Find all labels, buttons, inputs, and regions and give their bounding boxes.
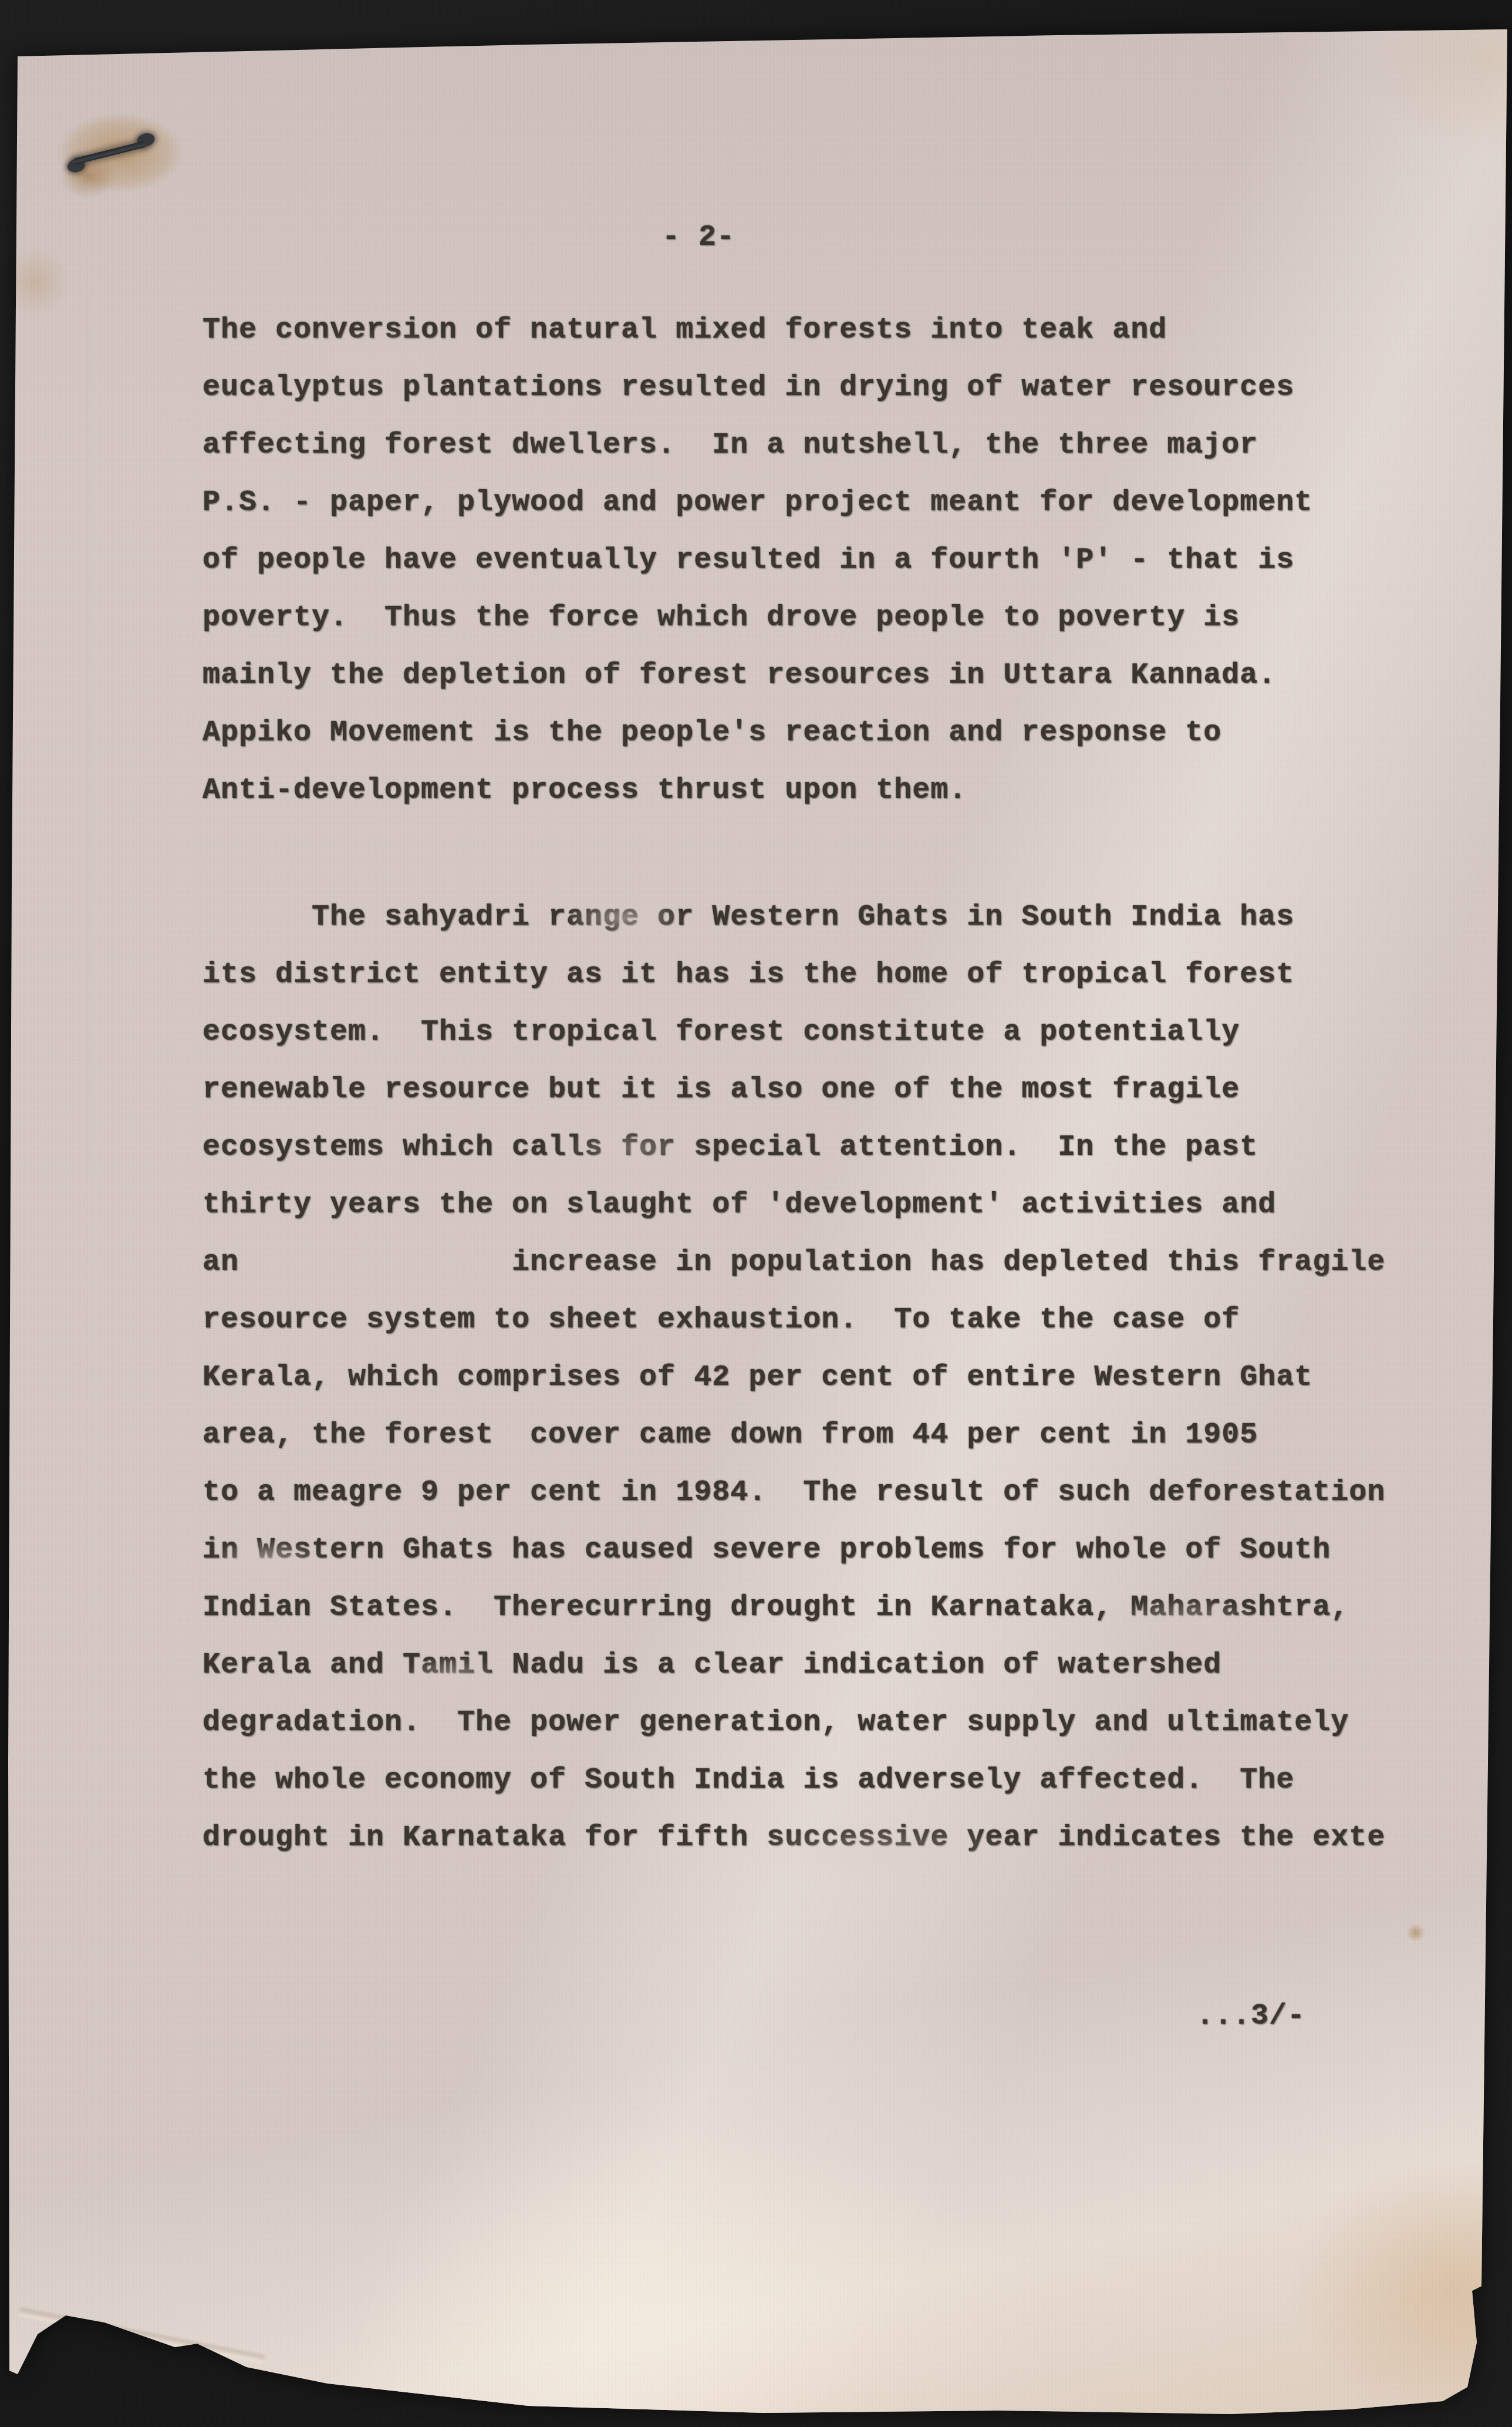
text-line: degradation. The power generation, water… <box>203 1694 1512 1752</box>
paper-sheet: - 2- The conversion of natural mixed for… <box>0 0 1512 2427</box>
text-line: the whole economy of South India is adve… <box>203 1752 1512 1809</box>
text-line: ecosystems which calls for special atten… <box>203 1119 1512 1177</box>
text-line: poverty. Thus the force which drove peop… <box>203 589 1512 647</box>
text-line: resource system to sheet exhaustion. To … <box>203 1292 1512 1349</box>
text-line: P.S. - paper, plywood and power project … <box>203 474 1512 532</box>
page-number: - 2- <box>662 209 1512 267</box>
text-line: affecting forest dwellers. In a nutshell… <box>203 417 1512 474</box>
staple-mark <box>56 113 167 191</box>
text-line: Indian States. Therecurring drought in K… <box>203 1579 1512 1637</box>
text-line: eucalyptus plantations resulted in dryin… <box>203 359 1512 417</box>
scan-background: { "page": { "number_label": "- 2-", "foo… <box>0 0 1512 2427</box>
paper-crease <box>88 294 92 1174</box>
continuation-mark: ...3/- <box>1196 1988 1512 2045</box>
text-line: thirty years the on slaught of 'developm… <box>203 1177 1512 1234</box>
fold-crease <box>17 2307 266 2364</box>
paper-wrap: - 2- The conversion of natural mixed for… <box>0 0 1512 2427</box>
text-line: Kerala, which comprises of 42 per cent o… <box>203 1349 1512 1407</box>
text-line: of people have eventually resulted in a … <box>203 532 1512 589</box>
text-line: renewable resource but it is also one of… <box>203 1061 1512 1119</box>
text-line: Anti-development process thrust upon the… <box>203 762 1512 820</box>
text-line: in Western Ghats has caused severe probl… <box>203 1522 1512 1579</box>
text-line: ecosystem. This tropical forest constitu… <box>203 1004 1512 1061</box>
text-line: The conversion of natural mixed forests … <box>203 302 1512 359</box>
text-line: drought in Karnataka for fifth successiv… <box>203 1809 1512 1867</box>
text-line: an increase in population has depleted t… <box>203 1234 1512 1292</box>
text-line: mainly the depletion of forest resources… <box>203 647 1512 704</box>
text-line: Appiko Movement is the people's reaction… <box>203 704 1512 762</box>
staple-bar <box>73 140 147 165</box>
paragraph-1: The conversion of natural mixed forests … <box>203 302 1512 820</box>
text-line: to a meagre 9 per cent in 1984. The resu… <box>203 1464 1512 1522</box>
text-line: Kerala and Tamil Nadu is a clear indicat… <box>203 1637 1512 1694</box>
text-line: its district entity as it has is the hom… <box>203 946 1512 1004</box>
text-line: area, the forest cover came down from 44… <box>203 1407 1512 1464</box>
paragraph-2: The sahyadri range or Western Ghats in S… <box>203 889 1512 1867</box>
text-line: The sahyadri range or Western Ghats in S… <box>203 889 1512 946</box>
